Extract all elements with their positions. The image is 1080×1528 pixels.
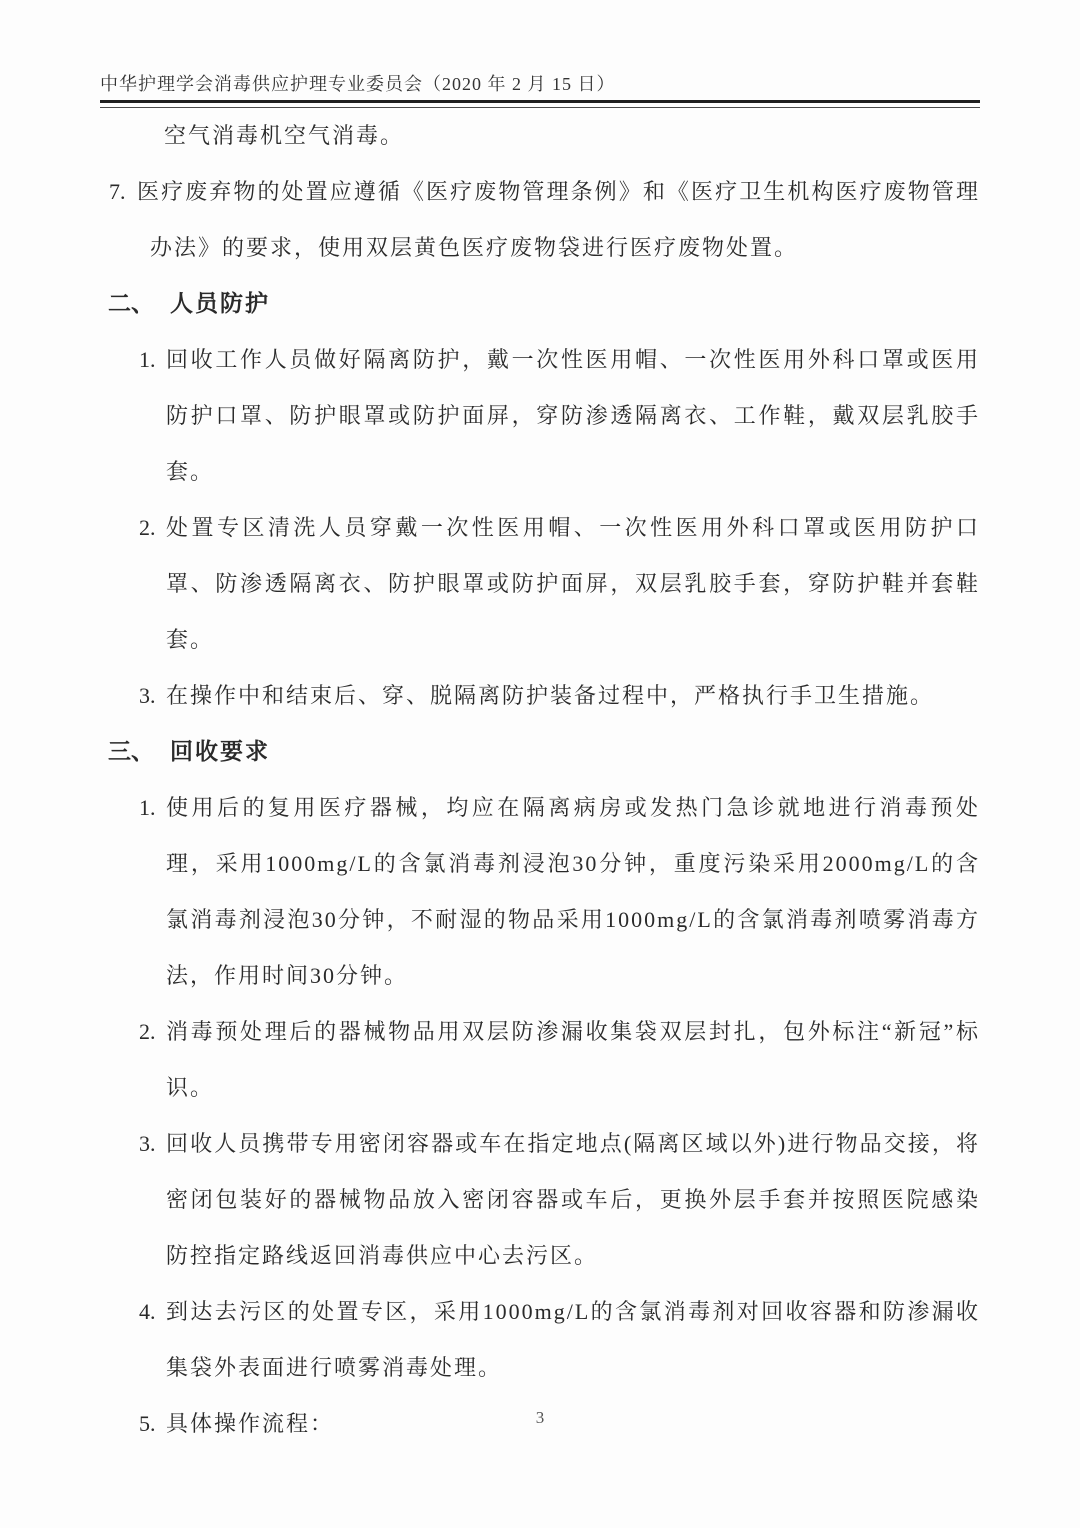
list-item-text: 回收工作人员做好隔离防护，戴一次性医用帽、一次性医用外科口罩或医用防护口罩、防护…: [166, 347, 980, 484]
list-item-number: 1.: [139, 332, 156, 388]
list-item: 2.处置专区清洗人员穿戴一次性医用帽、一次性医用外科口罩或医用防护口罩、防渗透隔…: [100, 500, 980, 668]
list-item-7: 7.医疗废弃物的处置应遵循《医疗废物管理条例》和《医疗卫生机构医疗废物管理办法》…: [100, 164, 980, 276]
list-item-number: 2.: [139, 1004, 156, 1060]
list-item: 1.回收工作人员做好隔离防护，戴一次性医用帽、一次性医用外科口罩或医用防护口罩、…: [100, 332, 980, 500]
section-heading-recycling-requirements: 三、回收要求: [100, 724, 980, 780]
list-item-text: 消毒预处理后的器械物品用双层防渗漏收集袋双层封扎，包外标注“新冠”标识。: [166, 1019, 980, 1100]
page-footer: 3: [0, 1408, 1080, 1428]
list-item-number: 3.: [139, 668, 156, 724]
header-committee-title: 中华护理学会消毒供应护理专业委员会（2020 年 2 月 15 日）: [100, 0, 980, 96]
document-page: 中华护理学会消毒供应护理专业委员会（2020 年 2 月 15 日） 空气消毒机…: [0, 0, 1080, 1528]
list-item-text: 回收人员携带专用密闭容器或车在指定地点(隔离区域以外)进行物品交接，将密闭包装好…: [166, 1131, 980, 1268]
list-item: 3.在操作中和结束后、穿、脱隔离防护装备过程中，严格执行手卫生措施。: [100, 668, 980, 724]
section-heading-personnel-protection: 二、人员防护: [100, 276, 980, 332]
list-item-text: 处置专区清洗人员穿戴一次性医用帽、一次性医用外科口罩或医用防护口罩、防渗透隔离衣…: [166, 515, 980, 652]
list-item-text: 使用后的复用医疗器械，均应在隔离病房或发热门急诊就地进行消毒预处理，采用1000…: [166, 795, 980, 988]
list-item: 1.使用后的复用医疗器械，均应在隔离病房或发热门急诊就地进行消毒预处理，采用10…: [100, 780, 980, 1004]
document-body: 空气消毒机空气消毒。 7.医疗废弃物的处置应遵循《医疗废物管理条例》和《医疗卫生…: [100, 108, 980, 1452]
list-item-number: 7.: [122, 164, 126, 220]
list-item-number: 1.: [139, 780, 156, 836]
list-item: 2.消毒预处理后的器械物品用双层防渗漏收集袋双层封扎，包外标注“新冠”标识。: [100, 1004, 980, 1116]
list-item-text: 医疗废弃物的处置应遵循《医疗废物管理条例》和《医疗卫生机构医疗废物管理办法》的要…: [137, 179, 980, 260]
list-item-number: 3.: [139, 1116, 156, 1172]
section-title: 人员防护: [170, 291, 270, 316]
list-item: 4.到达去污区的处置专区，采用1000mg/L的含氯消毒剂对回收容器和防渗漏收集…: [100, 1284, 980, 1396]
list-item-text: 到达去污区的处置专区，采用1000mg/L的含氯消毒剂对回收容器和防渗漏收集袋外…: [166, 1299, 980, 1380]
list-item: 3.回收人员携带专用密闭容器或车在指定地点(隔离区域以外)进行物品交接，将密闭包…: [100, 1116, 980, 1284]
list-item-number: 2.: [139, 500, 156, 556]
page-number: 3: [536, 1408, 545, 1427]
list-item-number: 4.: [139, 1284, 156, 1340]
section-title: 回收要求: [170, 739, 270, 764]
header-divider: [100, 100, 980, 108]
list-item-text: 在操作中和结束后、穿、脱隔离防护装备过程中，严格执行手卫生措施。: [166, 683, 934, 708]
paragraph-continuation: 空气消毒机空气消毒。: [100, 108, 980, 164]
section-number: 二、: [108, 276, 170, 332]
section-number: 三、: [108, 724, 170, 780]
page-header: 中华护理学会消毒供应护理专业委员会（2020 年 2 月 15 日）: [100, 0, 980, 108]
